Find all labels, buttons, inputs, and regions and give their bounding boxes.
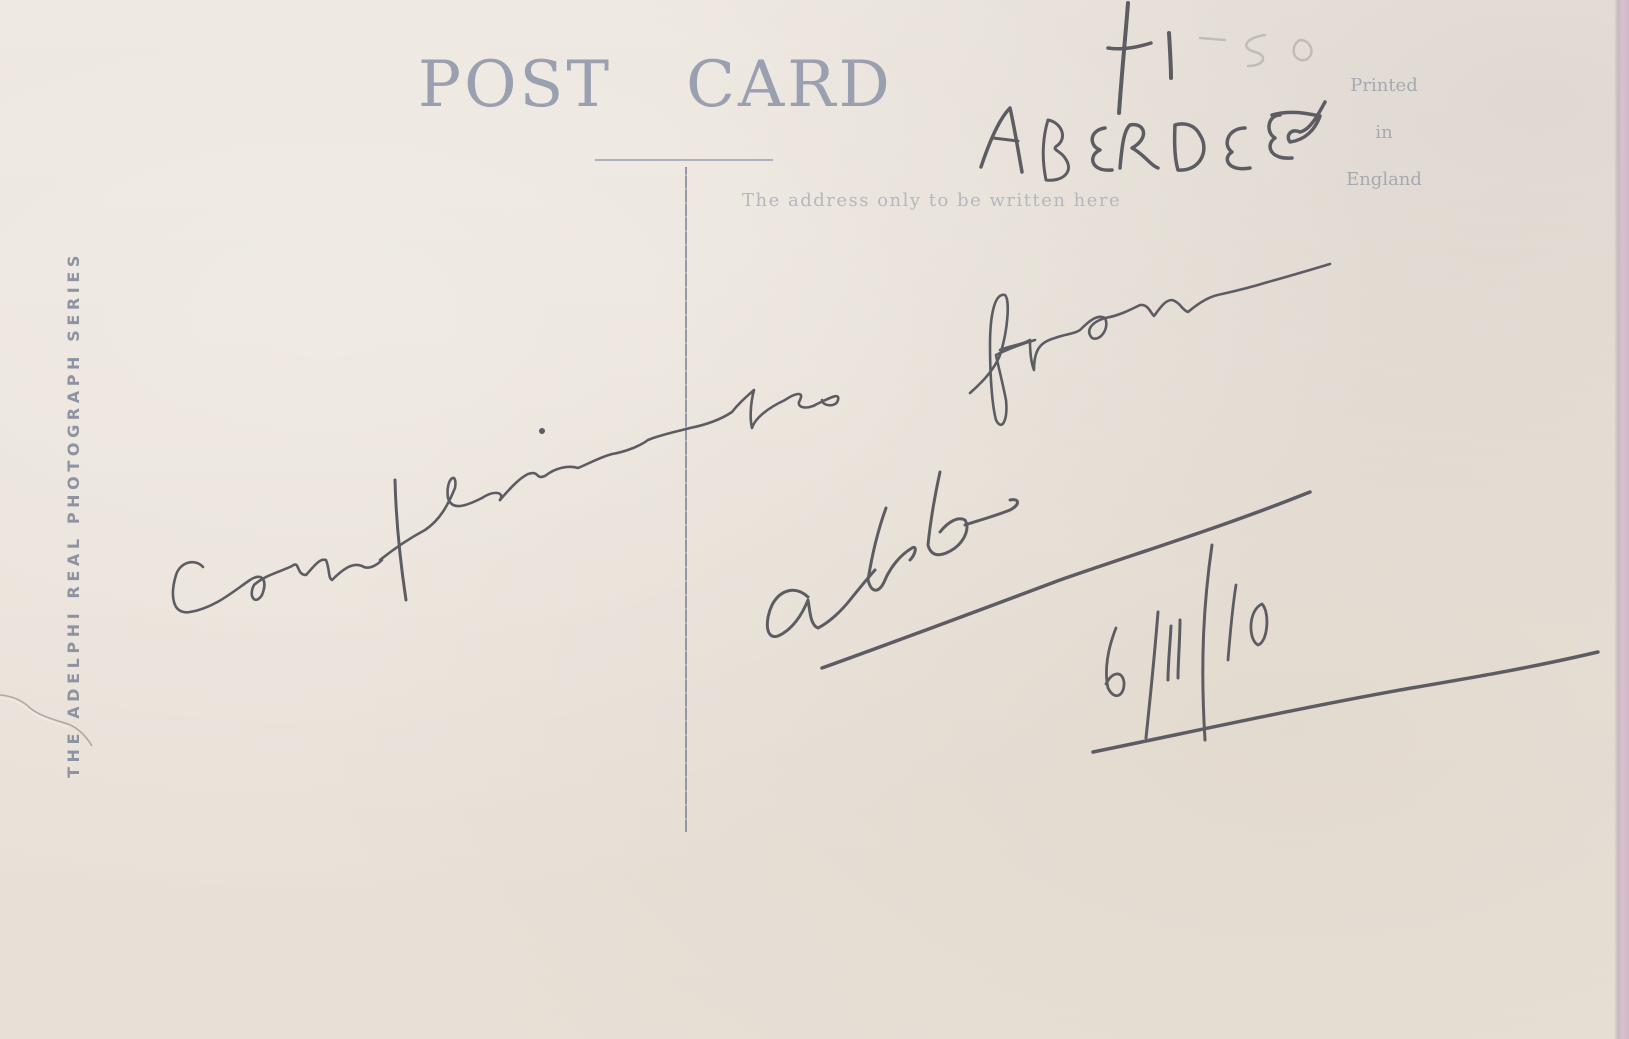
handwritten-price xyxy=(1108,3,1171,113)
handwritten-underlines xyxy=(822,492,1598,752)
handwritten-place xyxy=(981,102,1325,180)
printed-in-line-3: England xyxy=(1324,156,1444,203)
handwritten-date xyxy=(1106,545,1267,740)
title-underline xyxy=(595,159,773,161)
background-edge-strip xyxy=(1618,0,1629,1039)
title-word-card: CARD xyxy=(686,48,893,122)
printed-in-line-1: Printed xyxy=(1324,62,1444,109)
printed-in-england: Printed in England xyxy=(1324,62,1444,203)
title-word-post: POST xyxy=(418,48,612,122)
center-divider-line xyxy=(685,167,687,832)
post-card-title: POSTCARD xyxy=(418,48,893,122)
handwritten-signature xyxy=(767,472,1017,637)
paper-crease xyxy=(0,0,120,760)
postcard-back: POSTCARD The address only to be written … xyxy=(0,0,1618,1039)
printed-in-line-2: in xyxy=(1324,109,1444,156)
address-instruction: The address only to be written here xyxy=(742,190,1121,211)
faint-pencil-note xyxy=(1200,35,1311,66)
handwritten-message xyxy=(173,264,1330,612)
